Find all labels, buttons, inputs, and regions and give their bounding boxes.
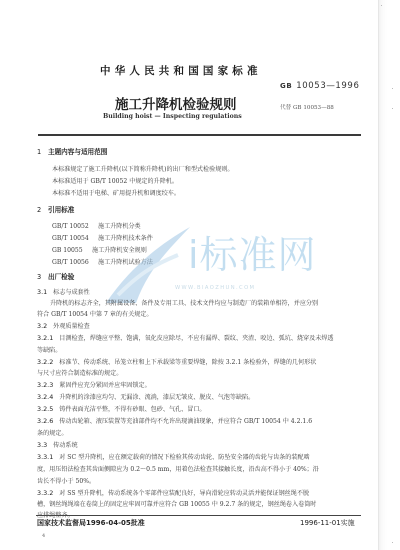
clause-3-3-2: 3.3.2对 SS 型升降机，传动系统各个零部件应装配良好，导向滑轮应转动灵活并… [37, 488, 309, 497]
approval-date: 国家技术监督局1996-04-05批准 [37, 518, 145, 528]
clause-text: 齿长不得小于 50%。 [37, 476, 95, 485]
document-page: 中华人民共和国国家标准 GB10053—1996 施工升降机检验规则 代替 GB… [0, 0, 400, 550]
clause-text: 槽，钢丝绳绳端在卷筒上的固定应牢固可靠并应符合 GB 10055 中 9.2.7… [37, 499, 316, 508]
scan-speck [392, 542, 393, 543]
paragraph: 本标准适用于 GB/T 10052 中规定的升降机。 [52, 176, 178, 185]
clause-3-3-1: 3.3.1对 SC 型升降机，应在额定载荷的情况下检验其传动齿轮、防坠安全器的齿… [37, 452, 310, 461]
watermark-logo-icon [98, 225, 193, 305]
watermark-url: WWW.BIAOZHUN.COM [175, 285, 255, 291]
clause-text: 度，用压铅法检查其齿面侧隙应为 0.2～0.5 mm，用着色法检查其接触长度，沿… [37, 464, 319, 473]
footer-rule [36, 515, 361, 516]
clause-3-2-heading: 3.2外观质量检查 [37, 321, 90, 330]
clause-3-1-heading: 3.1标志与成套性 [37, 287, 90, 296]
section-3-heading: 3出厂检验 [37, 271, 74, 281]
section-2-heading: 2引用标准 [37, 204, 74, 214]
scan-speck [392, 108, 393, 109]
clause-3-2-1: 3.2.1目测检查，焊缝应平整、饱满，氧化皮应除尽，不应有漏焊、裂纹、夹渣、咬边… [37, 333, 333, 342]
clause-text: 符合 GB/T 10054 中第 7 章的有关规定。 [37, 309, 152, 318]
standard-code: GB10053—1996 [280, 81, 359, 91]
header-rule [38, 134, 361, 136]
scan-speck [381, 5, 382, 6]
clause-3-2-4: 3.2.4升降机的涂漆应均匀、无漏涂、流淌，漆层无皱皮、脱皮、气泡等缺陷。 [37, 392, 254, 401]
clause-3-2-2: 3.2.2标准节、传动系统、吊笼立柱和上下承载梁等重要焊缝，除按 3.2.1 条… [37, 357, 316, 366]
clause-3-3-heading: 3.3传动系统 [37, 440, 78, 449]
page-number: 4 [42, 533, 45, 539]
section-1-heading: 1主题内容与适用范围 [37, 146, 107, 156]
watermark-text: i标准网 [188, 224, 317, 279]
clause-3-2-3: 3.2.3紧固件应充分紧固并应牢固锁定。 [37, 380, 151, 389]
clause-3-2-5: 3.2.5铸件表面光洁平整，不得有砂眼、包砂、气孔、冒口。 [37, 404, 206, 413]
clause-3-2-6: 3.2.6传动齿轮箱、液压装置等充油部件均不允许出现滴油现象，并应符合 GB/T… [37, 416, 312, 425]
paragraph: 本标准不适用于电梯、矿用提升机和调度绞车。 [52, 188, 180, 197]
standard-type: 中华人民共和国国家标准 [100, 63, 262, 78]
paragraph: 本标准规定了施工升降机(以下简称升降机)的出厂和型式检验规则。 [52, 164, 233, 173]
clause-text: 条的规定。 [37, 428, 67, 437]
scan-edge [378, 0, 400, 550]
clause-text: 升降机的标志齐全，其附属设备、备件及专用工具、技术文件均应与制造厂的装箱单相符，… [50, 298, 318, 307]
clause-text: 等缺陷。 [37, 345, 61, 354]
replaces-note: 代替 GB 10053—88 [280, 103, 334, 111]
scan-speck [392, 88, 393, 89]
clause-text: 与尺寸应符合制造标准的规定。 [37, 368, 122, 377]
english-title: Building hoist — Inspecting regulations [103, 113, 242, 120]
effective-date: 1996-11-01实施 [300, 518, 355, 528]
document-title: 施工升降机检验规则 [115, 93, 237, 113]
